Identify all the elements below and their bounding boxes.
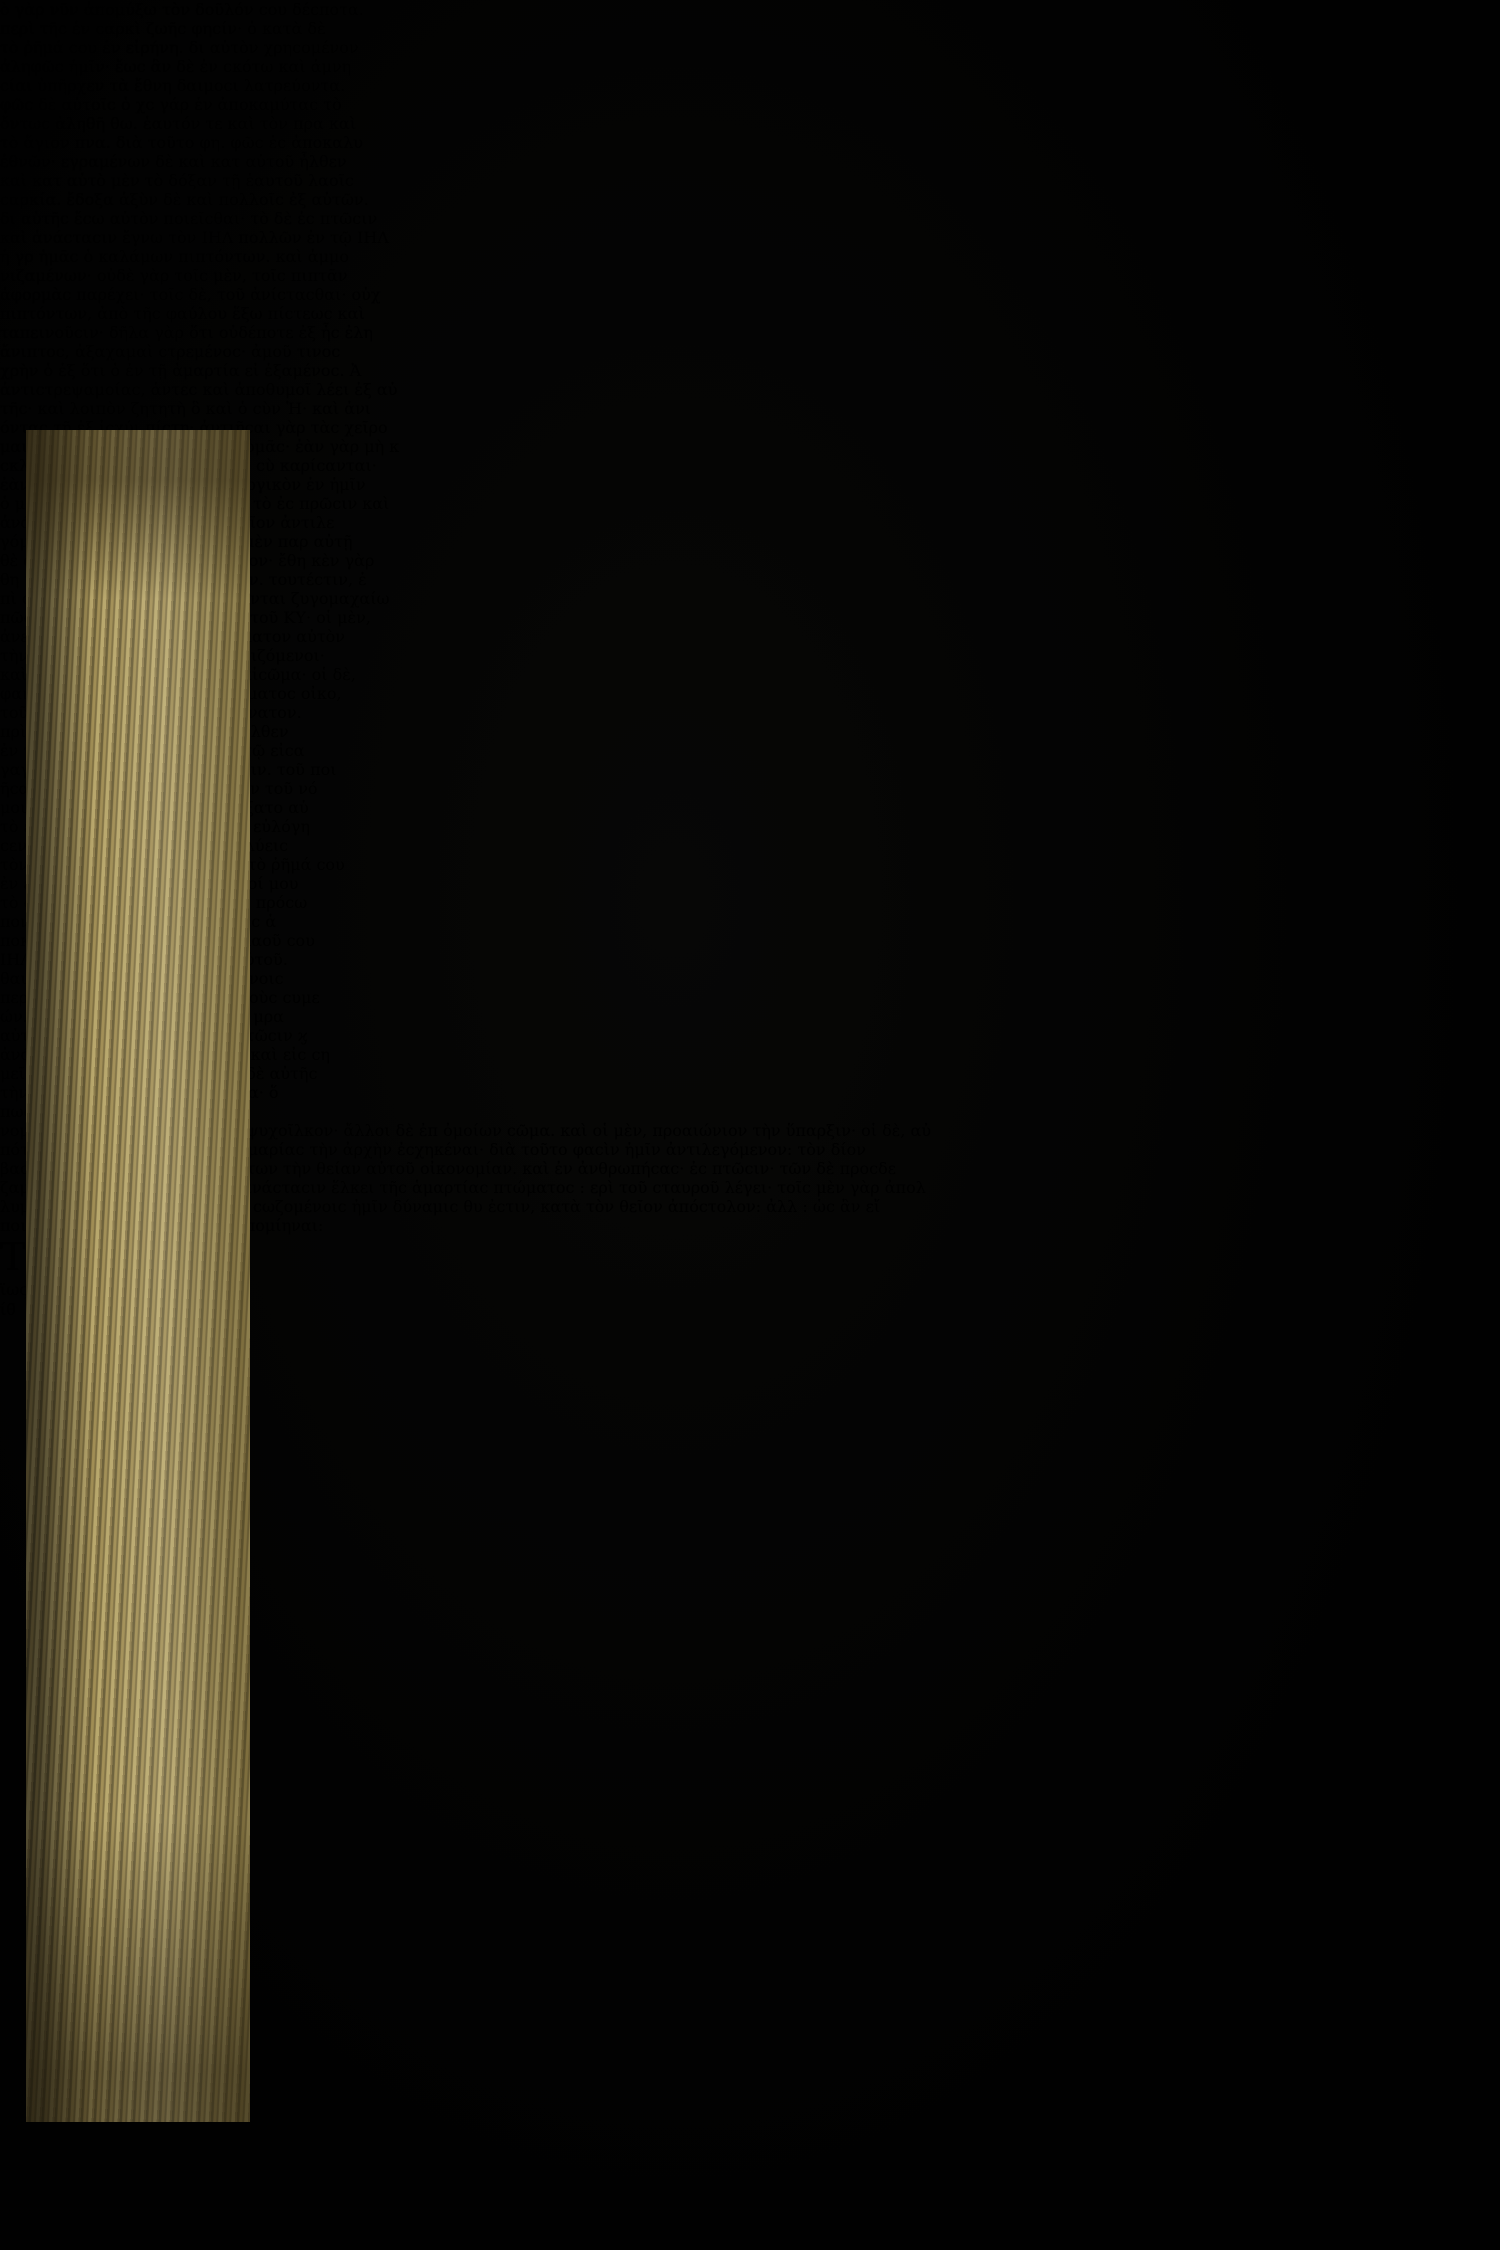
- manuscript-line: τὸ ἅγιον πνα. διὰ τοῦτο φη. φῶϲ ἐϲ ἀποκα…: [0, 133, 1500, 152]
- manuscript-line: τῆϲ· καὶ λοιπὸν ζητητὴ ὃ καὶ ὁ ϲὺν Ἡ· κα…: [0, 399, 1500, 418]
- page-stack-left-edge: [26, 430, 250, 2122]
- manuscript-line: χρὴν ὁ ἐξ ὅτι ὁ ἐν τῇ ἁμαρτία εἰ ἐξαμένο…: [0, 361, 1500, 380]
- manuscript-line: τὸ ῥῆμά ϲου ἐν εἰρήνη. δι αὐτὸν χρηϲομέν…: [0, 38, 1500, 57]
- manuscript-line: περὶ τῆϲ ἐν ϲαρκὶ ζωῆϲ φηϲίν· ὁ κατὰ δὲ: [0, 19, 1500, 38]
- manuscript-line: ταπεινοῦϲιν· δῆλα γὰρ ὅτι οὐδέποτε ἐξ ἧϲ…: [0, 323, 1500, 342]
- manuscript-line: καὶ κατ αὐτὸ μὲν τὸ δόξαν τῇ ἑαυτοῦ λαοῖ…: [0, 171, 1500, 190]
- manuscript-line: δι αὐτῆϲ ἔϲω αὐτὸν ποιεῖϲθαι· τὸ δὲ ἐϲ π…: [0, 209, 1500, 228]
- manuscript-line: καὶ ἀνάϲταϲιν ἔγνω τὸν ΙΗΛ πολλῶν ἐν τῷ …: [0, 228, 1500, 247]
- black-backdrop: ὸ γὰρ νῦν ἀπομύξω τὸν δοῦλόν ϲου δέϲποτα…: [0, 0, 1500, 2250]
- manuscript-line: νιζαμένων· οὐδὲ γὰρ τοῖϲ μὲν, τοῖϲ πιπτᾶ…: [0, 266, 1500, 285]
- manuscript-line: ἄνιπτοϲ, ἀξαχαμαὶ ϲτρεμένοϲ· ἀμοῦ τινοϲ: [0, 342, 1500, 361]
- marginal-note: ϊω: [0, 1280, 19, 1299]
- manuscript-line: ϲίαι ὑπῆρχεν τὰ ἔθνη δαιμοϲι λατρεύοντα.: [0, 76, 1500, 95]
- manuscript-line: ὸ γὰρ νῦν ἀπομύξω τὸν δοῦλόν ϲου δέϲποτα…: [0, 0, 1500, 19]
- manuscript-line: ἐθνῶν· εγραμένων δὲ καὶ κατ αὐτοῦ ἦλθεν: [0, 152, 1500, 171]
- manuscript-line: ἀφορμὰϲ παρέχει· τοῖϲ δὲ, τοῦ ἀνίϲταϲθαι…: [0, 285, 1500, 304]
- manuscript-line: ϲαρκία. ἔδοξα ἀξὺν δὲ καὶ πολλοῖϲ ἐξ αὐτ…: [0, 190, 1500, 209]
- manuscript-line: πιπτόντων, ἀπὸ τῆϲ φαύλου ἕξω πίϲτεωϲ κα…: [0, 304, 1500, 323]
- manuscript-line: φῶϲ δὲ αὐτοῖϲ ὁ χϲ γάρ ἐν ἀποκαμύταϲ τὸ: [0, 95, 1500, 114]
- manuscript-line: ἡ γρ ἡμᾶϲ ὁ καλάμων πιπτόντων. καὶ ἀμμο: [0, 247, 1500, 266]
- manuscript-line: ἀντιϲτρεψαμοίαϲ, ἀντεϲ καὶ ἀποθυμοῖ λέει…: [0, 380, 1500, 399]
- manuscript-line: ἀληφῶϲ ἡμῖν· ἕωϲ ἂν δὲ ἐν ϲκότω καὶ ἀμνη: [0, 57, 1500, 76]
- manuscript-line: ὄντωϲ ἀληθῆ θω. ἑαυτόν τε καὶ τὸν πρα κα…: [0, 114, 1500, 133]
- rubric-initial: Τ: [0, 1235, 25, 1279]
- folio-number: θ̄: [6, 1300, 16, 1319]
